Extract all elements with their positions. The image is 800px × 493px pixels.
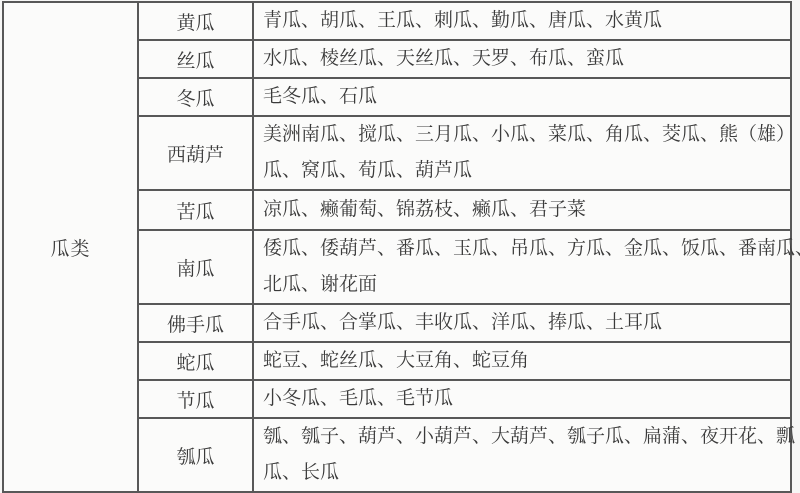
variety-cell: 苦瓜 bbox=[138, 190, 253, 230]
table-row: 瓜类 黄瓜 青瓜、胡瓜、王瓜、刺瓜、勤瓜、唐瓜、水黄瓜 bbox=[3, 2, 791, 40]
variety-label: 瓠瓜 bbox=[176, 447, 214, 468]
aliases-cell: 凉瓜、癞葡萄、锦荔枝、癞瓜、君子菜 bbox=[253, 190, 791, 230]
variety-label: 节瓜 bbox=[176, 391, 214, 412]
aliases-cell: 瓠、瓠子、葫芦、小葫芦、大葫芦、瓠子瓜、扁蒲、夜开花、瓢 瓜、长瓜 bbox=[253, 418, 791, 492]
alias-line: 毛冬瓜、石瓜 bbox=[263, 79, 781, 115]
variety-cell: 佛手瓜 bbox=[138, 304, 253, 342]
alias-line: 北瓜、谢花面 bbox=[263, 267, 781, 303]
variety-label: 佛手瓜 bbox=[167, 315, 224, 336]
aliases-cell: 蛇豆、蛇丝瓜、大豆角、蛇豆角 bbox=[253, 342, 791, 380]
document-page: 瓜类 黄瓜 青瓜、胡瓜、王瓜、刺瓜、勤瓜、唐瓜、水黄瓜 丝瓜 水瓜、棱丝瓜、天丝… bbox=[0, 0, 800, 493]
alias-line: 蛇豆、蛇丝瓜、大豆角、蛇豆角 bbox=[263, 343, 781, 379]
category-cell: 瓜类 bbox=[3, 2, 138, 492]
alias-line: 瓜、窝瓜、荀瓜、葫芦瓜 bbox=[263, 153, 781, 189]
melon-alias-table: 瓜类 黄瓜 青瓜、胡瓜、王瓜、刺瓜、勤瓜、唐瓜、水黄瓜 丝瓜 水瓜、棱丝瓜、天丝… bbox=[2, 1, 792, 493]
variety-label: 丝瓜 bbox=[176, 51, 214, 72]
variety-label: 南瓜 bbox=[176, 259, 214, 280]
variety-cell: 南瓜 bbox=[138, 230, 253, 304]
variety-cell: 黄瓜 bbox=[138, 2, 253, 40]
aliases-cell: 倭瓜、倭葫芦、番瓜、玉瓜、吊瓜、方瓜、金瓜、饭瓜、番南瓜、 北瓜、谢花面 bbox=[253, 230, 791, 304]
variety-cell: 西葫芦 bbox=[138, 116, 253, 190]
alias-line: 水瓜、棱丝瓜、天丝瓜、天罗、布瓜、蛮瓜 bbox=[263, 41, 781, 77]
variety-label: 西葫芦 bbox=[167, 145, 224, 166]
alias-line: 合手瓜、合掌瓜、丰收瓜、洋瓜、捧瓜、土耳瓜 bbox=[263, 305, 781, 341]
aliases-cell: 毛冬瓜、石瓜 bbox=[253, 78, 791, 116]
alias-line: 小冬瓜、毛瓜、毛节瓜 bbox=[263, 381, 781, 417]
variety-label: 蛇瓜 bbox=[176, 353, 214, 374]
variety-label: 苦瓜 bbox=[176, 202, 214, 223]
variety-cell: 丝瓜 bbox=[138, 40, 253, 78]
variety-cell: 冬瓜 bbox=[138, 78, 253, 116]
variety-cell: 瓠瓜 bbox=[138, 418, 253, 492]
aliases-cell: 美洲南瓜、搅瓜、三月瓜、小瓜、菜瓜、角瓜、茭瓜、熊（雄） 瓜、窝瓜、荀瓜、葫芦瓜 bbox=[253, 116, 791, 190]
alias-line: 瓠、瓠子、葫芦、小葫芦、大葫芦、瓠子瓜、扁蒲、夜开花、瓢 bbox=[263, 419, 781, 455]
variety-cell: 蛇瓜 bbox=[138, 342, 253, 380]
aliases-cell: 合手瓜、合掌瓜、丰收瓜、洋瓜、捧瓜、土耳瓜 bbox=[253, 304, 791, 342]
alias-line: 凉瓜、癞葡萄、锦荔枝、癞瓜、君子菜 bbox=[263, 192, 781, 228]
alias-line: 青瓜、胡瓜、王瓜、刺瓜、勤瓜、唐瓜、水黄瓜 bbox=[263, 3, 781, 39]
alias-line: 瓜、长瓜 bbox=[263, 455, 781, 491]
variety-label: 冬瓜 bbox=[176, 89, 214, 110]
aliases-cell: 青瓜、胡瓜、王瓜、刺瓜、勤瓜、唐瓜、水黄瓜 bbox=[253, 2, 791, 40]
variety-cell: 节瓜 bbox=[138, 380, 253, 418]
aliases-cell: 水瓜、棱丝瓜、天丝瓜、天罗、布瓜、蛮瓜 bbox=[253, 40, 791, 78]
aliases-cell: 小冬瓜、毛瓜、毛节瓜 bbox=[253, 380, 791, 418]
alias-line: 倭瓜、倭葫芦、番瓜、玉瓜、吊瓜、方瓜、金瓜、饭瓜、番南瓜、 bbox=[263, 231, 781, 267]
variety-label: 黄瓜 bbox=[176, 13, 214, 34]
category-label: 瓜类 bbox=[50, 239, 90, 260]
alias-line: 美洲南瓜、搅瓜、三月瓜、小瓜、菜瓜、角瓜、茭瓜、熊（雄） bbox=[263, 117, 781, 153]
